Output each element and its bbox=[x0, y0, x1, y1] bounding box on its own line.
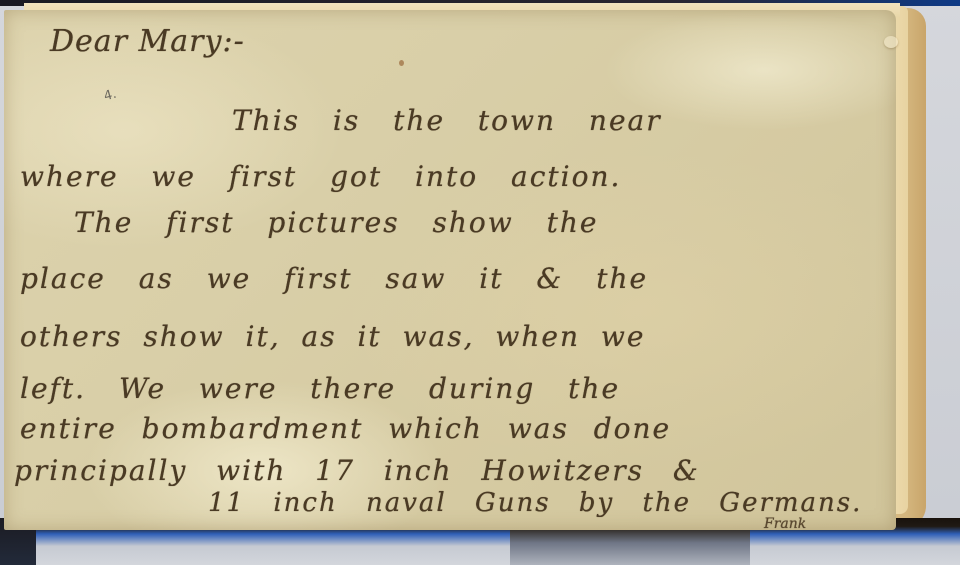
pencil-mark: 4. bbox=[102, 87, 118, 105]
postcard: 4. Dear Mary:- This is the town near whe… bbox=[4, 10, 896, 530]
letter-line-1: This is the town near bbox=[232, 104, 662, 137]
letter-line-5: others show it, as it was, when we bbox=[20, 320, 645, 353]
letter-line-2: where we first got into action. bbox=[20, 160, 621, 193]
corner-crease bbox=[884, 36, 898, 48]
letter-line-3: The first pictures show the bbox=[74, 206, 598, 239]
letter-line-7: entire bombardment which was done bbox=[20, 412, 671, 445]
letter-line-9: 11 inch naval Guns by the Germans. bbox=[208, 488, 862, 518]
bottom-middle-shadow bbox=[510, 528, 750, 565]
ink-stain bbox=[399, 60, 404, 66]
salutation: Dear Mary:- bbox=[50, 24, 245, 59]
letter-line-4: place as we first saw it & the bbox=[20, 262, 648, 295]
signature: Frank bbox=[764, 516, 806, 532]
letter-line-6: left. We were there during the bbox=[20, 372, 620, 405]
letter-line-8: principally with 17 inch Howitzers & bbox=[14, 454, 700, 487]
